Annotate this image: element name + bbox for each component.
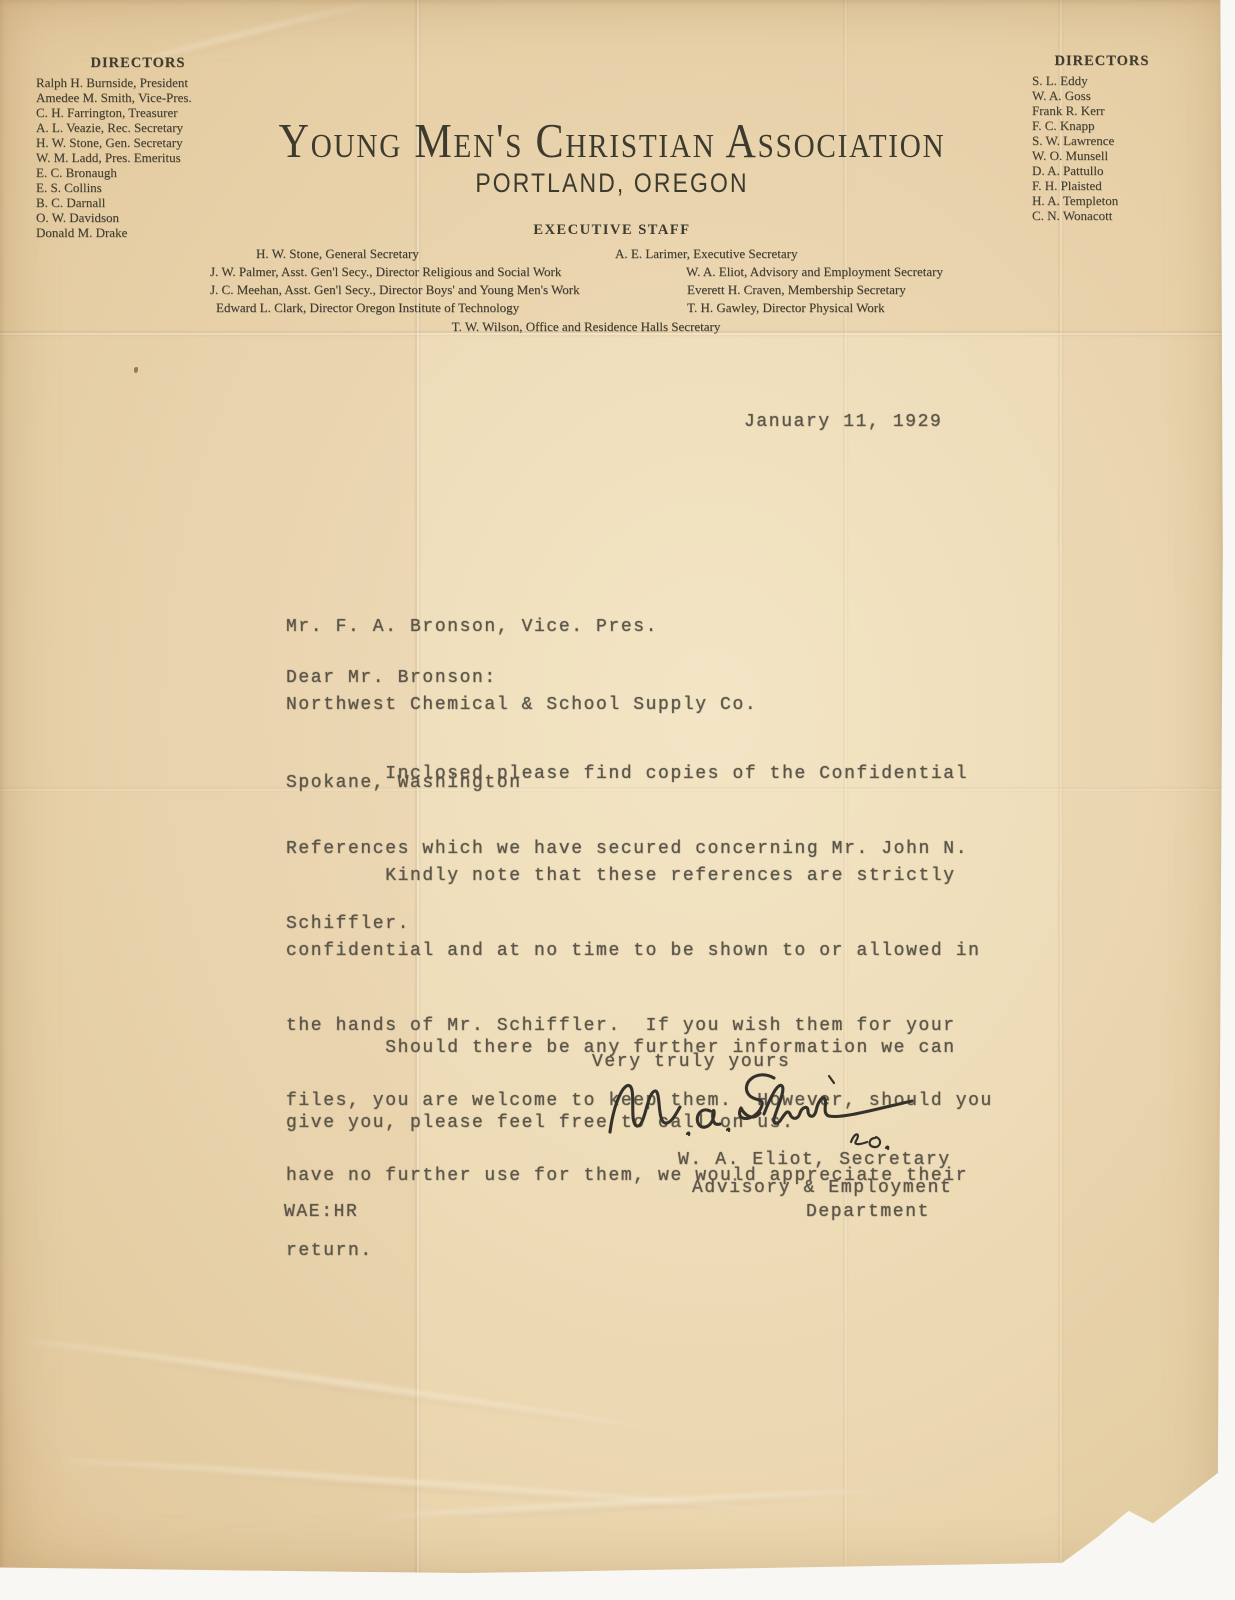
organization-name: Young Men's Christian Association [86, 112, 1139, 169]
director-name: S. L. Eddy [1032, 73, 1172, 88]
letter-body-line: return. [286, 1239, 993, 1264]
fold-shading-right [1060, 333, 1224, 1577]
letter-body-line: Inclosed please find copies of the Confi… [286, 762, 968, 787]
director-name: Ralph H. Burnside, President [36, 75, 240, 90]
ink-speck [134, 367, 138, 373]
director-name: Amedee M. Smith, Vice-Pres. [36, 90, 240, 105]
signer-department-line: Advisory & Employment [692, 1176, 952, 1201]
staff-member: W. A. Eliot, Advisory and Employment Sec… [686, 264, 943, 280]
signer-department-line: Department [806, 1200, 930, 1225]
staff-member: Everett H. Craven, Membership Secretary [687, 282, 906, 298]
paper-wrinkle [61, 1456, 760, 1515]
letter-body-line: confidential and at no time to be shown … [286, 939, 993, 964]
staff-member: A. E. Larimer, Executive Secretary [615, 246, 797, 262]
salutation: Dear Mr. Bronson: [286, 666, 497, 691]
letter-body-line: Kindly note that these references are st… [286, 864, 993, 889]
staff-member: Edward L. Clark, Director Oregon Institu… [216, 300, 519, 316]
staff-member: J. W. Palmer, Asst. Gen'l Secy., Directo… [210, 264, 561, 280]
staff-member: T. H. Gawley, Director Physical Work [687, 300, 885, 316]
scanned-letter-screenshot: { "letterhead": { "directors_left": { "t… [0, 0, 1235, 1600]
staff-member: T. W. Wilson, Office and Residence Halls… [0, 319, 1172, 335]
paper-wrinkle [22, 1336, 657, 1435]
address-line: Mr. F. A. Bronson, Vice. Pres. [286, 614, 757, 640]
paper-wrinkle [380, 1487, 880, 1523]
letter-date: January 11, 1929 [744, 410, 942, 435]
director-name: C. N. Wonacott [1032, 208, 1172, 223]
organization-location: PORTLAND, OREGON [92, 168, 1132, 199]
directors-left-title: DIRECTORS [36, 56, 240, 71]
letter-paper: DIRECTORS Ralph H. Burnside, President A… [0, 0, 1224, 1577]
director-name: W. A. Goss [1032, 88, 1172, 103]
folded-corner [1028, 1488, 1196, 1576]
directors-right-title: DIRECTORS [1032, 54, 1172, 69]
staff-member: J. C. Meehan, Asst. Gen'l Secy., Directo… [210, 282, 580, 298]
signature-handwriting [598, 1058, 928, 1158]
typist-reference: WAE:HR [284, 1200, 358, 1225]
executive-staff-heading: EXECUTIVE STAFF [0, 222, 1224, 239]
staff-member: H. W. Stone, General Secretary [256, 246, 419, 262]
